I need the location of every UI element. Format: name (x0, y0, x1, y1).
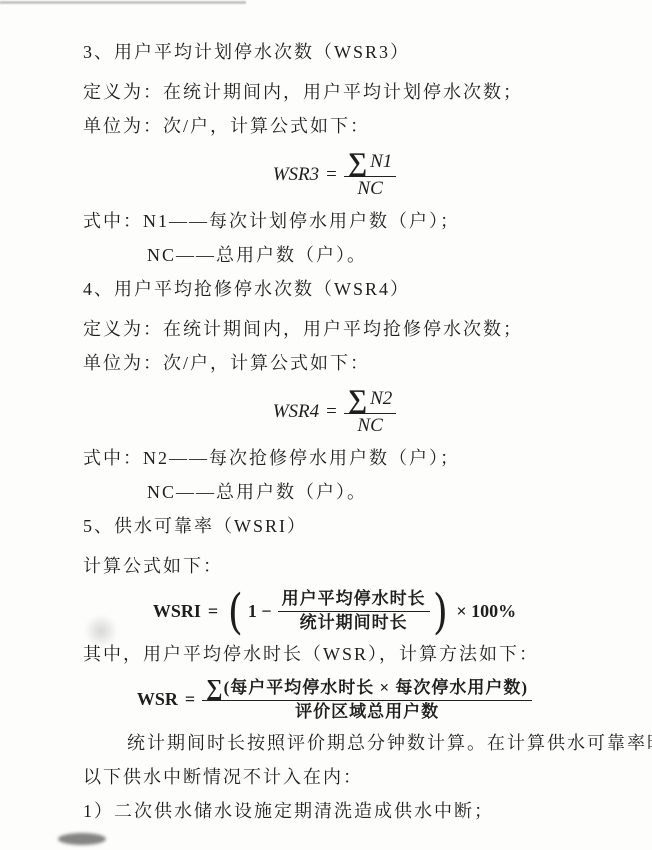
section-5-intro: 计算公式如下： (83, 556, 586, 576)
section-4-where-n2: 式中：N2——每次抢修停水用户数（户）； (83, 448, 586, 468)
formula-wsr4-lhs: WSR4 (273, 402, 319, 423)
formula-wsr: WSR = ∑ (每户平均停水时长 × 每次停水用户数) 评价区域总用户数 (83, 678, 586, 722)
formula-wsr4: WSR4 = ∑ N2 NC (83, 387, 586, 437)
section-5-heading: 5、供水可靠率（WSRI） (83, 516, 586, 536)
formula-wsr3: WSR3 = ∑ N1 NC (83, 150, 586, 200)
formula-wsri-denominator: 统计期间时长 (300, 612, 408, 633)
document-page: 3、用户平均计划停水次数（WSR3） 定义为：在统计期间内，用户平均计划停水次数… (0, 0, 652, 850)
section-4-where-nc: NC——总用户数（户）。 (83, 482, 586, 502)
formula-wsri: WSRI = ( 1 − 用户平均停水时长 统计期间时长 ) × 100% (83, 590, 586, 632)
section-5-note-exclusions: 以下供水中断情况不计入在内： (83, 767, 586, 787)
equals-sign: = (326, 402, 337, 423)
formula-wsri-tail: × 100% (456, 602, 516, 622)
formula-wsr3-lhs: WSR3 (273, 165, 319, 186)
section-5-note-statistics: 统计期间时长按照评价期总分钟数计算。在计算供水可靠率时， (83, 733, 586, 753)
sigma-symbol: ∑ (348, 387, 367, 411)
section-4-definition: 定义为：在统计期间内，用户平均抢修停水次数； (83, 319, 586, 339)
section-3-heading: 3、用户平均计划停水次数（WSR3） (83, 42, 586, 62)
section-4-unit: 单位为：次/户，计算公式如下： (83, 353, 586, 373)
formula-wsr3-numerator: N1 (370, 152, 392, 173)
section-3-where-nc: NC——总用户数（户）。 (83, 245, 586, 265)
scan-artifact-top-edge (0, 1, 246, 4)
section-4-heading: 4、用户平均抢修停水次数（WSR4） (83, 279, 586, 299)
formula-wsri-one-minus: 1 − (248, 602, 272, 622)
section-5-wsr-intro: 其中，用户平均停水时长（WSR），计算方法如下： (83, 644, 586, 664)
section-5-exclusion-item-1: 1）二次供水储水设施定期清洗造成供水中断； (83, 801, 586, 821)
equals-sign: = (326, 165, 337, 186)
formula-wsr4-denominator: NC (357, 414, 382, 437)
formula-wsr3-denominator: NC (357, 177, 382, 200)
formula-wsr4-numerator: N2 (370, 389, 392, 410)
sigma-symbol: ∑ (348, 150, 367, 174)
section-3-where-n1: 式中：N1——每次计划停水用户数（户）； (83, 211, 586, 231)
fraction: ∑ (每户平均停水时长 × 每次停水用户数) 评价区域总用户数 (202, 678, 532, 722)
formula-wsr-lhs: WSR (137, 690, 178, 710)
formula-wsri-lhs: WSRI (153, 602, 201, 622)
fraction: ∑ N2 NC (344, 387, 396, 437)
formula-wsri-numerator: 用户平均停水时长 (278, 590, 430, 612)
fraction: ∑ N1 NC (344, 150, 396, 200)
section-3-unit: 单位为：次/户，计算公式如下： (83, 116, 586, 136)
sigma-symbol: ∑ (206, 678, 222, 699)
fraction: 用户平均停水时长 统计期间时长 (278, 590, 430, 632)
document-content: 3、用户平均计划停水次数（WSR3） 定义为：在统计期间内，用户平均计划停水次数… (83, 42, 586, 835)
formula-wsr-denominator: 评价区域总用户数 (295, 701, 439, 722)
formula-wsr-numerator: (每户平均停水时长 × 每次停水用户数) (224, 679, 529, 698)
equals-sign: = (185, 690, 195, 710)
equals-sign: = (208, 602, 218, 622)
section-3-definition: 定义为：在统计期间内，用户平均计划停水次数； (83, 82, 586, 102)
